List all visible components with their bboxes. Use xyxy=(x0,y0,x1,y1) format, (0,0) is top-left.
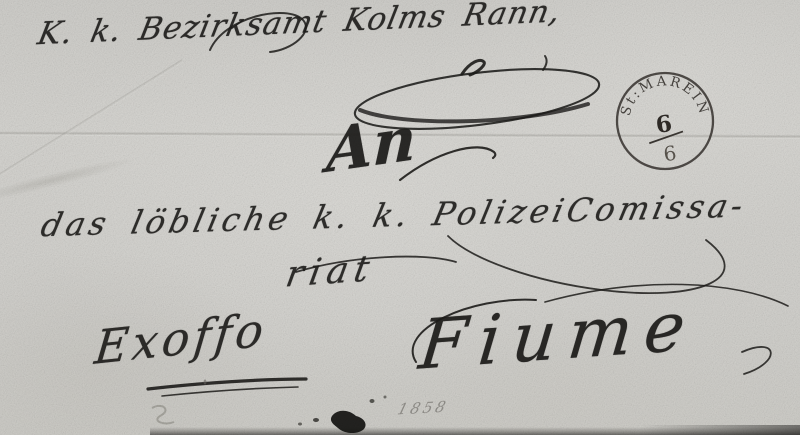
letter-cover: K. k. Bezirksamt Kolms Rann, An das löbl… xyxy=(0,0,800,435)
paper-texture xyxy=(0,0,800,435)
